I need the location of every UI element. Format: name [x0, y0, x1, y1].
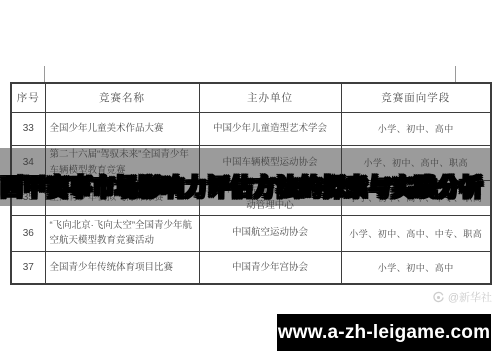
- row-no: 36: [11, 215, 45, 251]
- row-competition-name: 全国青少年传统体育项目比赛: [45, 251, 199, 284]
- table-row: 33 全国少年儿童美术作品大赛 中国少年儿童造型艺术学会 小学、初中、高中: [11, 112, 491, 145]
- header-name: 竞赛名称: [45, 83, 199, 112]
- table-row: 36 “飞向北京·飞向太空”全国青少年航空航天模型教育竞赛活动 中国航空运动协会…: [11, 215, 491, 251]
- header-level: 竞赛面向学段: [341, 83, 491, 112]
- row-competition-name: 全国少年儿童美术作品大赛: [45, 112, 199, 145]
- row-organizer: 中国青少年宫协会: [199, 251, 341, 284]
- weibo-icon: [432, 291, 445, 304]
- row-no: 37: [11, 251, 45, 284]
- site-url-text: www.a-zh-leigame.com: [278, 322, 490, 344]
- header-org: 主办单位: [199, 83, 341, 112]
- row-school-level: 小学、初中、高中: [341, 251, 491, 284]
- row-organizer: 中国少年儿童造型艺术学会: [199, 112, 341, 145]
- watermark-text: @新华社: [448, 289, 492, 305]
- row-school-level: 小学、初中、高中、中专、职高: [341, 215, 491, 251]
- row-competition-name: “飞向北京·飞向太空”全国青少年航空航天模型教育竞赛活动: [45, 215, 199, 251]
- header-no: 序号: [11, 83, 45, 112]
- overlay-headline: 西甲赛事市场影响力评估方法的探索与实践分析: [0, 169, 500, 202]
- row-school-level: 小学、初中、高中: [341, 112, 491, 145]
- site-url-banner: www.a-zh-leigame.com: [277, 314, 491, 351]
- weibo-watermark: @新华社: [432, 289, 492, 305]
- row-organizer: 中国航空运动协会: [199, 215, 341, 251]
- table-header-row: 序号 竞赛名称 主办单位 竞赛面向学段: [11, 83, 491, 112]
- document-page: 序号 竞赛名称 主办单位 竞赛面向学段 33 全国少年儿童美术作品大赛 中国少年…: [0, 0, 500, 362]
- row-no: 33: [11, 112, 45, 145]
- table-row: 37 全国青少年传统体育项目比赛 中国青少年宫协会 小学、初中、高中: [11, 251, 491, 284]
- margin-tick-left: [44, 66, 45, 82]
- margin-tick-right: [455, 66, 456, 82]
